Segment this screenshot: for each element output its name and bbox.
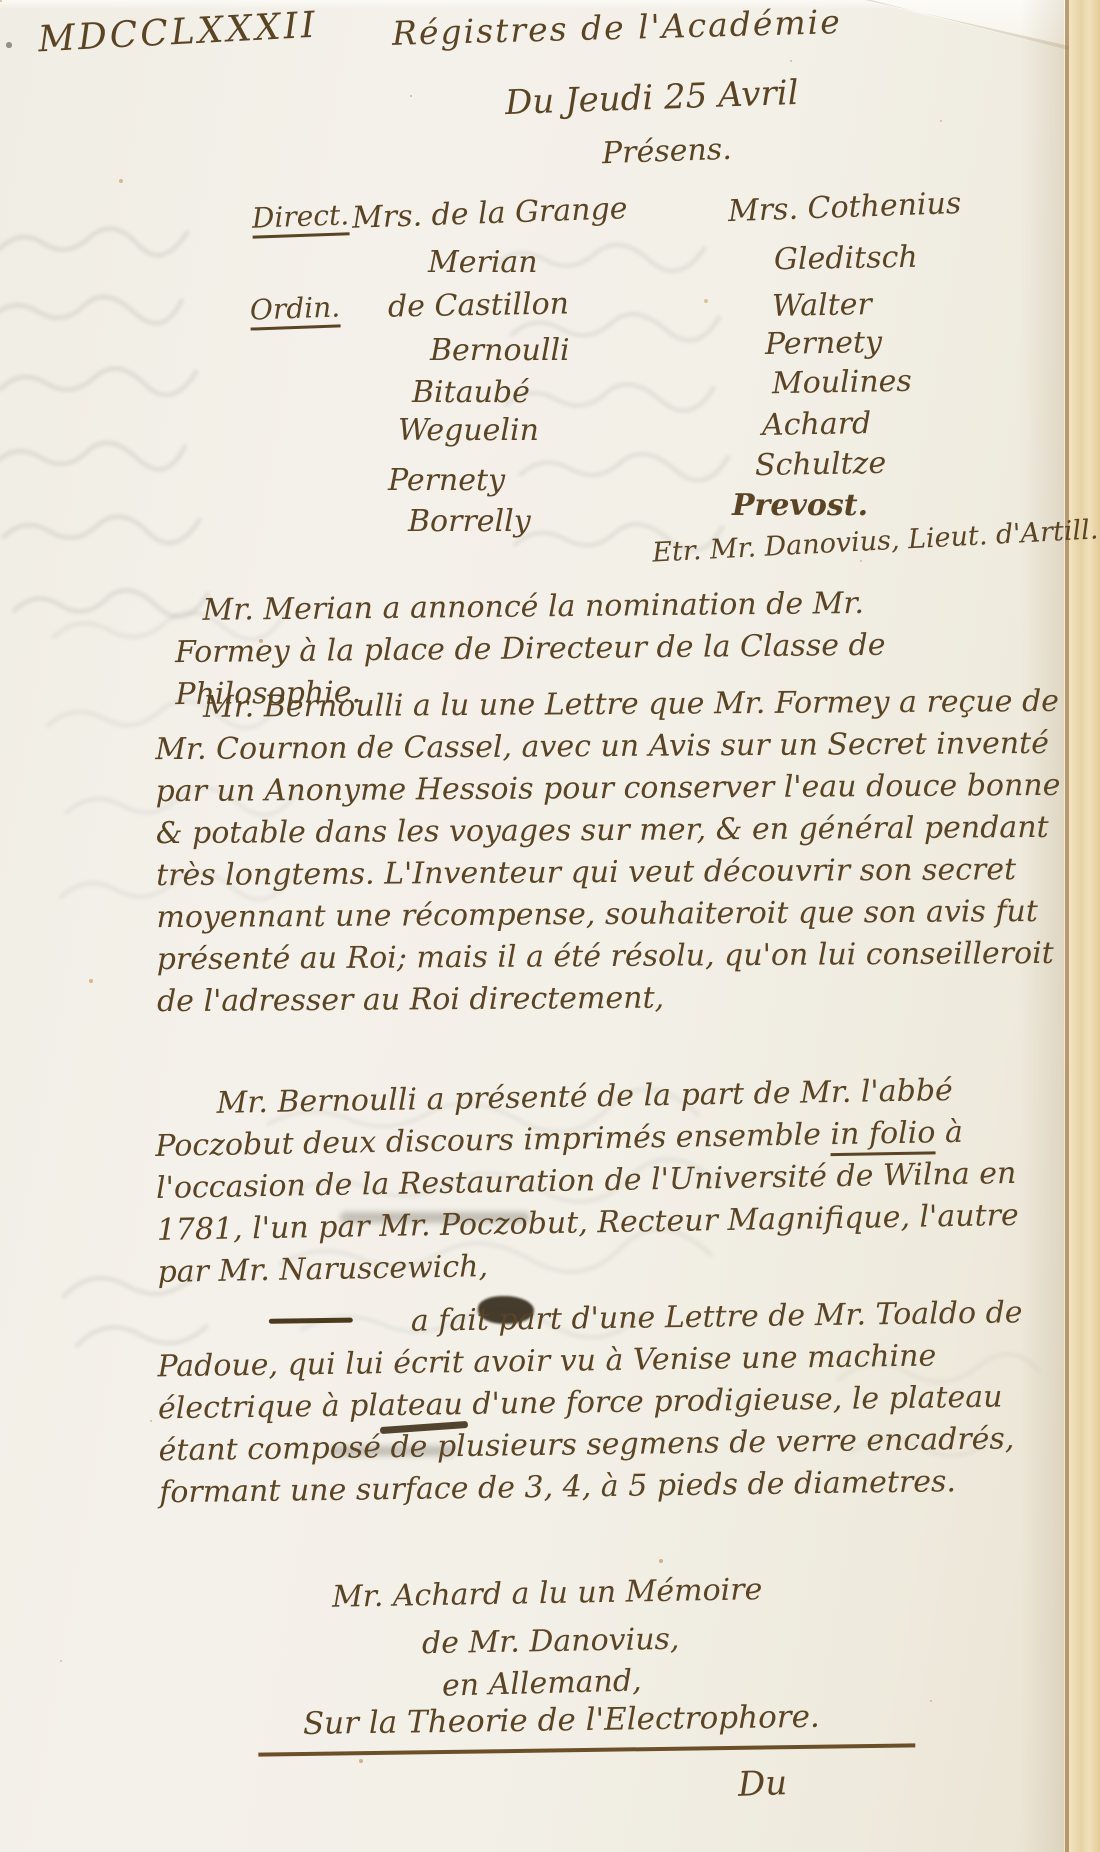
attendee-name: Borrelly: [408, 504, 531, 539]
year-roman-numeral: MDCCLXXXII: [37, 5, 319, 61]
catchword: Du: [737, 1763, 788, 1805]
closing-line: en Allemand,: [442, 1663, 642, 1703]
bleedthrough-smudge: [0, 211, 245, 649]
attendee-name: Achard: [762, 406, 872, 443]
closing-line: Mr. Achard a lu un Mémoire: [332, 1572, 763, 1615]
blank-name-dash: [269, 1318, 353, 1324]
director-label: Direct.: [251, 198, 349, 238]
attendee-name: Gleditsch: [774, 240, 918, 278]
register-title: Régistres de l'Académie: [392, 2, 843, 53]
session-date: Du Jeudi 25 Avril: [504, 73, 799, 123]
attendee-name: Pernety: [388, 463, 505, 498]
paragraph-toaldo: a fait part d'une Lettre de Mr. Toaldo d…: [157, 1292, 1065, 1515]
attendee-name: de Castillon: [388, 286, 570, 324]
underlined-in-folio: in folio: [830, 1115, 936, 1156]
attendee-name: Prevost.: [732, 488, 868, 523]
paragraph-text: a fait part d'une Lettre de Mr. Toaldo d…: [157, 1295, 1023, 1510]
manuscript-page: MDCCLXXXII Régistres de l'Académie Du Je…: [0, 0, 1100, 1852]
attendee-name: Weguelin: [398, 413, 539, 448]
closing-title-underlined: Sur la Theorie de l'Electrophore.: [258, 1697, 916, 1756]
closing-line: de Mr. Danovius,: [422, 1622, 680, 1661]
attendee-name: Schultze: [755, 446, 887, 483]
ordinary-label: Ordin.: [249, 290, 340, 330]
attendee-name: Mrs. Cothenius: [727, 186, 961, 229]
attendee-name: Bernoulli: [430, 333, 570, 368]
present-heading: Présens.: [601, 132, 732, 172]
paper-specks: [0, 0, 2, 2]
paragraph-secret-letter: Mr. Bernoulli a lu une Lettre que Mr. Fo…: [155, 681, 1067, 1023]
paragraph-poczobut: Mr. Bernoulli a présenté de la part de M…: [154, 1068, 1068, 1294]
attendee-name: Pernety: [765, 325, 883, 362]
attendee-name: Moulines: [772, 364, 912, 401]
book-edge-band: [1069, 0, 1100, 1852]
attendee-name: Merian: [428, 245, 538, 280]
attendee-name: Walter: [772, 287, 872, 324]
attendee-name: Bitaubé: [412, 375, 530, 410]
attendee-name: Mrs. de la Grange: [351, 191, 628, 236]
